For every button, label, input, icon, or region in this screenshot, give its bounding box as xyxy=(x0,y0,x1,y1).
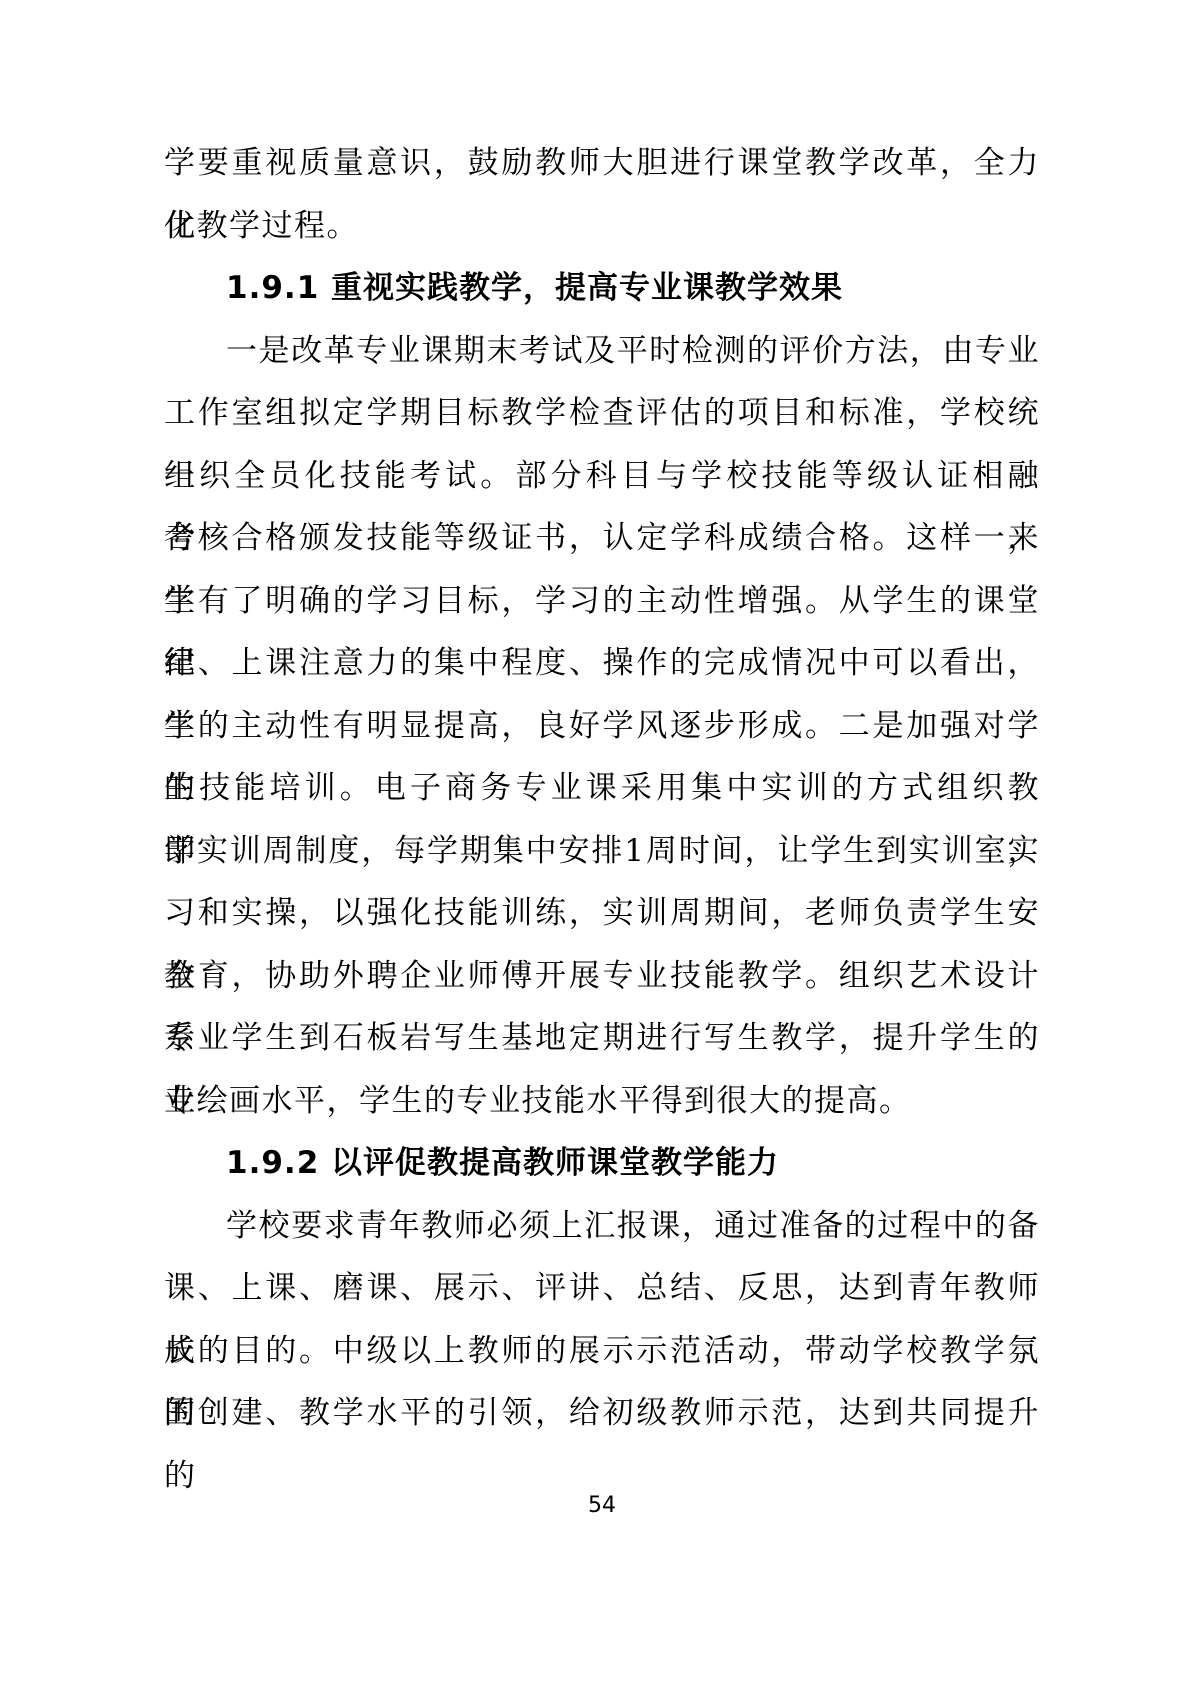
paragraph-line: 组织全员化技能考试。部分科目与学校技能等级认证相融合， xyxy=(164,445,1040,508)
paragraph-line: 长的目的。中级以上教师的展示示范活动，带动学校教学氛围 xyxy=(164,1320,1040,1383)
paragraph-line: 业绘画水平，学生的专业技能水平得到很大的提高。 xyxy=(164,1070,1040,1133)
section-heading: 1.9.1 重视实践教学，提高专业课教学效果 xyxy=(164,257,1040,320)
paragraph-line: 课、上课、磨课、展示、评讲、总结、反思，达到青年教师成 xyxy=(164,1257,1040,1320)
section-heading: 1.9.2 以评促教提高教师课堂教学能力 xyxy=(164,1132,1040,1195)
paragraph-line: 一是改革专业课期末考试及平时检测的评价方法，由专业 xyxy=(164,320,1040,383)
paragraph-line: 化教学过程。 xyxy=(164,195,1040,258)
paragraph-line: 律、上课注意力的集中程度、操作的完成情况中可以看出，学 xyxy=(164,632,1040,695)
paragraph-line: 专业学生到石板岩写生基地定期进行写生教学，提升学生的专 xyxy=(164,1007,1040,1070)
paragraph-line: 考核合格颁发技能等级证书，认定学科成绩合格。这样一来学 xyxy=(164,507,1040,570)
document-page: 学要重视质量意识，鼓励教师大胆进行课堂教学改革，全力优化教学过程。1.9.1 重… xyxy=(0,0,1191,1684)
paragraph-line: 工作室组拟定学期目标教学检查评估的项目和标准，学校统一 xyxy=(164,382,1040,445)
paragraph-line: 生的主动性有明显提高，良好学风逐步形成。二是加强对学生 xyxy=(164,695,1040,758)
paragraph-line: 生有了明确的学习目标，学习的主动性增强。从学生的课堂纪 xyxy=(164,570,1040,633)
text-block: 学要重视质量意识，鼓励教师大胆进行课堂教学改革，全力优化教学过程。1.9.1 重… xyxy=(164,132,1040,1445)
paragraph-line: 学要重视质量意识，鼓励教师大胆进行课堂教学改革，全力优 xyxy=(164,132,1040,195)
paragraph-line: 的技能培训。电子商务专业课采用集中实训的方式组织教学， xyxy=(164,757,1040,820)
paragraph-line: 习和实操，以强化技能训练，实训周期间，老师负责学生安全 xyxy=(164,882,1040,945)
paragraph-line: 教育，协助外聘企业师傅开展专业技能教学。组织艺术设计系 xyxy=(164,945,1040,1008)
paragraph-line: 学校要求青年教师必须上汇报课，通过准备的过程中的备 xyxy=(164,1195,1040,1258)
page-number: 54 xyxy=(164,1492,1040,1520)
paragraph-line: 的创建、教学水平的引领，给初级教师示范，达到共同提升的 xyxy=(164,1382,1040,1445)
paragraph-line: 即实训周制度，每学期集中安排1周时间，让学生到实训室实 xyxy=(164,820,1040,883)
